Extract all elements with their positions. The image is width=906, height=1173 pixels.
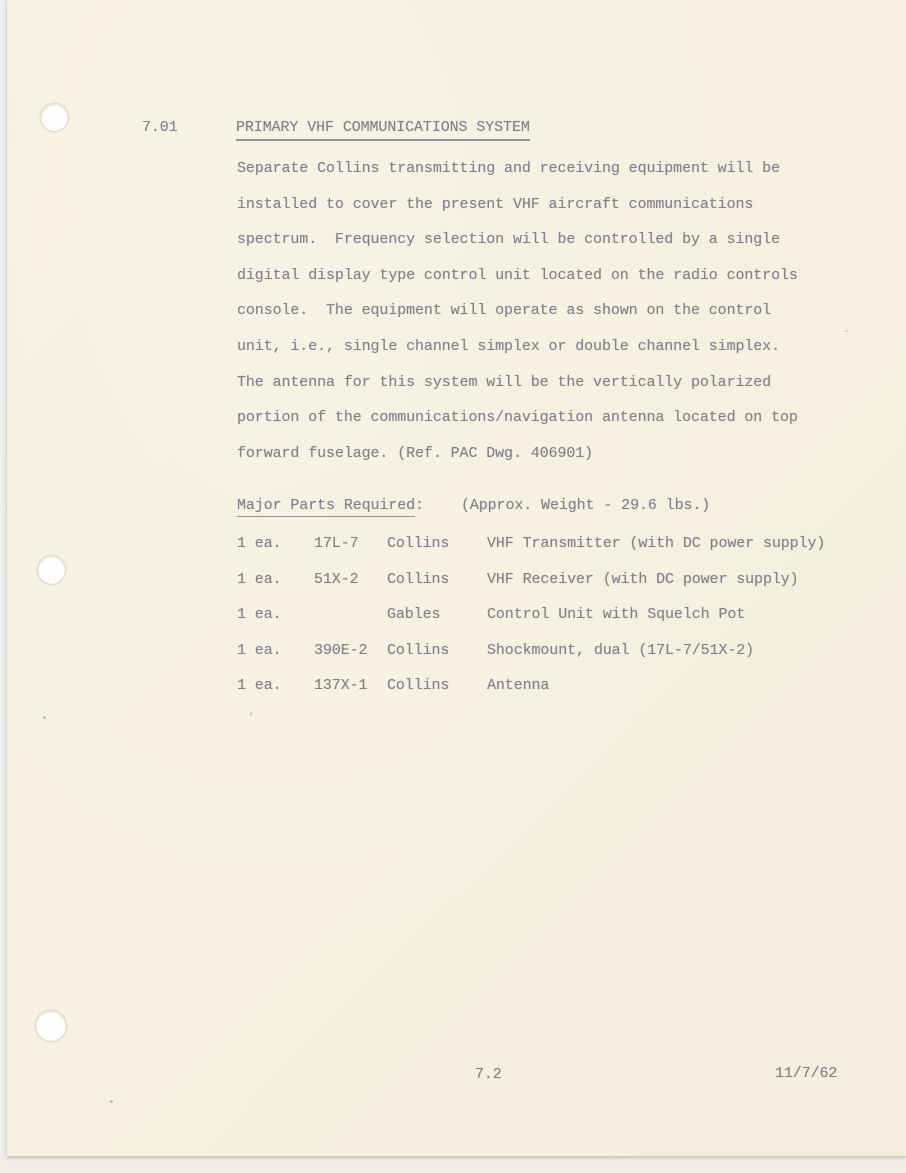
- part-maker: Collins: [387, 668, 487, 704]
- scanner-bottom-band: [0, 1155, 906, 1173]
- part-number: 17L-7: [314, 526, 387, 562]
- paragraph-line: Separate Collins transmitting and receiv…: [237, 151, 798, 187]
- paragraph-line: spectrum. Frequency selection will be co…: [237, 222, 798, 258]
- part-quantity: 1 ea.: [237, 526, 314, 562]
- paragraph-line: The antenna for this system will be the …: [237, 365, 798, 401]
- parts-label: Major Parts Required: [237, 497, 415, 517]
- part-description: Shockmount, dual (17L-7/51X-2): [487, 633, 754, 669]
- part-description: Control Unit with Squelch Pot: [487, 597, 745, 633]
- part-maker: Collins: [387, 526, 487, 562]
- paragraph-line: console. The equipment will operate as s…: [237, 293, 798, 329]
- part-description: VHF Receiver (with DC power supply): [487, 562, 799, 598]
- paragraph-line: unit, i.e., single channel simplex or do…: [237, 329, 798, 365]
- paper-speck: [845, 330, 848, 332]
- date-stamp: 11/7/62: [775, 1065, 837, 1082]
- part-number: 390E-2: [314, 633, 387, 669]
- part-quantity: 1 ea.: [237, 668, 314, 704]
- scanned-document-page: 7.01 PRIMARY VHF COMMUNICATIONS SYSTEM S…: [0, 0, 906, 1173]
- paper-speck: [110, 1100, 113, 1103]
- punch-hole-bottom: [36, 1011, 66, 1041]
- part-quantity: 1 ea.: [237, 562, 314, 598]
- weight-note: (Approx. Weight - 29.6 lbs.): [461, 497, 710, 514]
- part-number: 51X-2: [314, 562, 387, 598]
- table-row: 1 ea. 137X-1 Collins Antenna: [237, 668, 825, 704]
- parts-table: 1 ea. 17L-7 Collins VHF Transmitter (wit…: [237, 526, 825, 704]
- part-number: [314, 597, 387, 633]
- punch-hole-middle: [38, 556, 65, 584]
- part-quantity: 1 ea.: [237, 633, 314, 669]
- part-number: 137X-1: [314, 668, 387, 704]
- part-maker: Collins: [387, 633, 487, 669]
- paragraph-line: installed to cover the present VHF aircr…: [237, 187, 798, 223]
- part-quantity: 1 ea.: [237, 597, 314, 633]
- part-maker: Gables: [387, 597, 487, 633]
- section-number: 7.01: [142, 119, 178, 136]
- paragraph-line: portion of the communications/navigation…: [237, 400, 798, 436]
- body-paragraph: Separate Collins transmitting and receiv…: [237, 151, 798, 471]
- table-row: 1 ea. Gables Control Unit with Squelch P…: [237, 597, 825, 633]
- parts-section-header: Major Parts Required:(Approx. Weight - 2…: [237, 497, 710, 514]
- paper-speck: [249, 712, 252, 716]
- paragraph-line: digital display type control unit locate…: [237, 258, 798, 294]
- paper-speck: [43, 716, 46, 719]
- page-number: 7.2: [475, 1066, 502, 1083]
- paper-sheet: 7.01 PRIMARY VHF COMMUNICATIONS SYSTEM S…: [7, 0, 906, 1156]
- part-description: Antenna: [487, 668, 549, 704]
- page-title: PRIMARY VHF COMMUNICATIONS SYSTEM: [236, 119, 530, 141]
- punch-hole-top: [41, 104, 68, 131]
- paragraph-line: forward fuselage. (Ref. PAC Dwg. 406901): [237, 436, 798, 472]
- table-row: 1 ea. 390E-2 Collins Shockmount, dual (1…: [237, 633, 825, 669]
- parts-label-colon: :: [415, 497, 424, 514]
- part-maker: Collins: [387, 562, 487, 598]
- table-row: 1 ea. 17L-7 Collins VHF Transmitter (wit…: [237, 526, 825, 562]
- table-row: 1 ea. 51X-2 Collins VHF Receiver (with D…: [237, 562, 825, 598]
- part-description: VHF Transmitter (with DC power supply): [487, 526, 825, 562]
